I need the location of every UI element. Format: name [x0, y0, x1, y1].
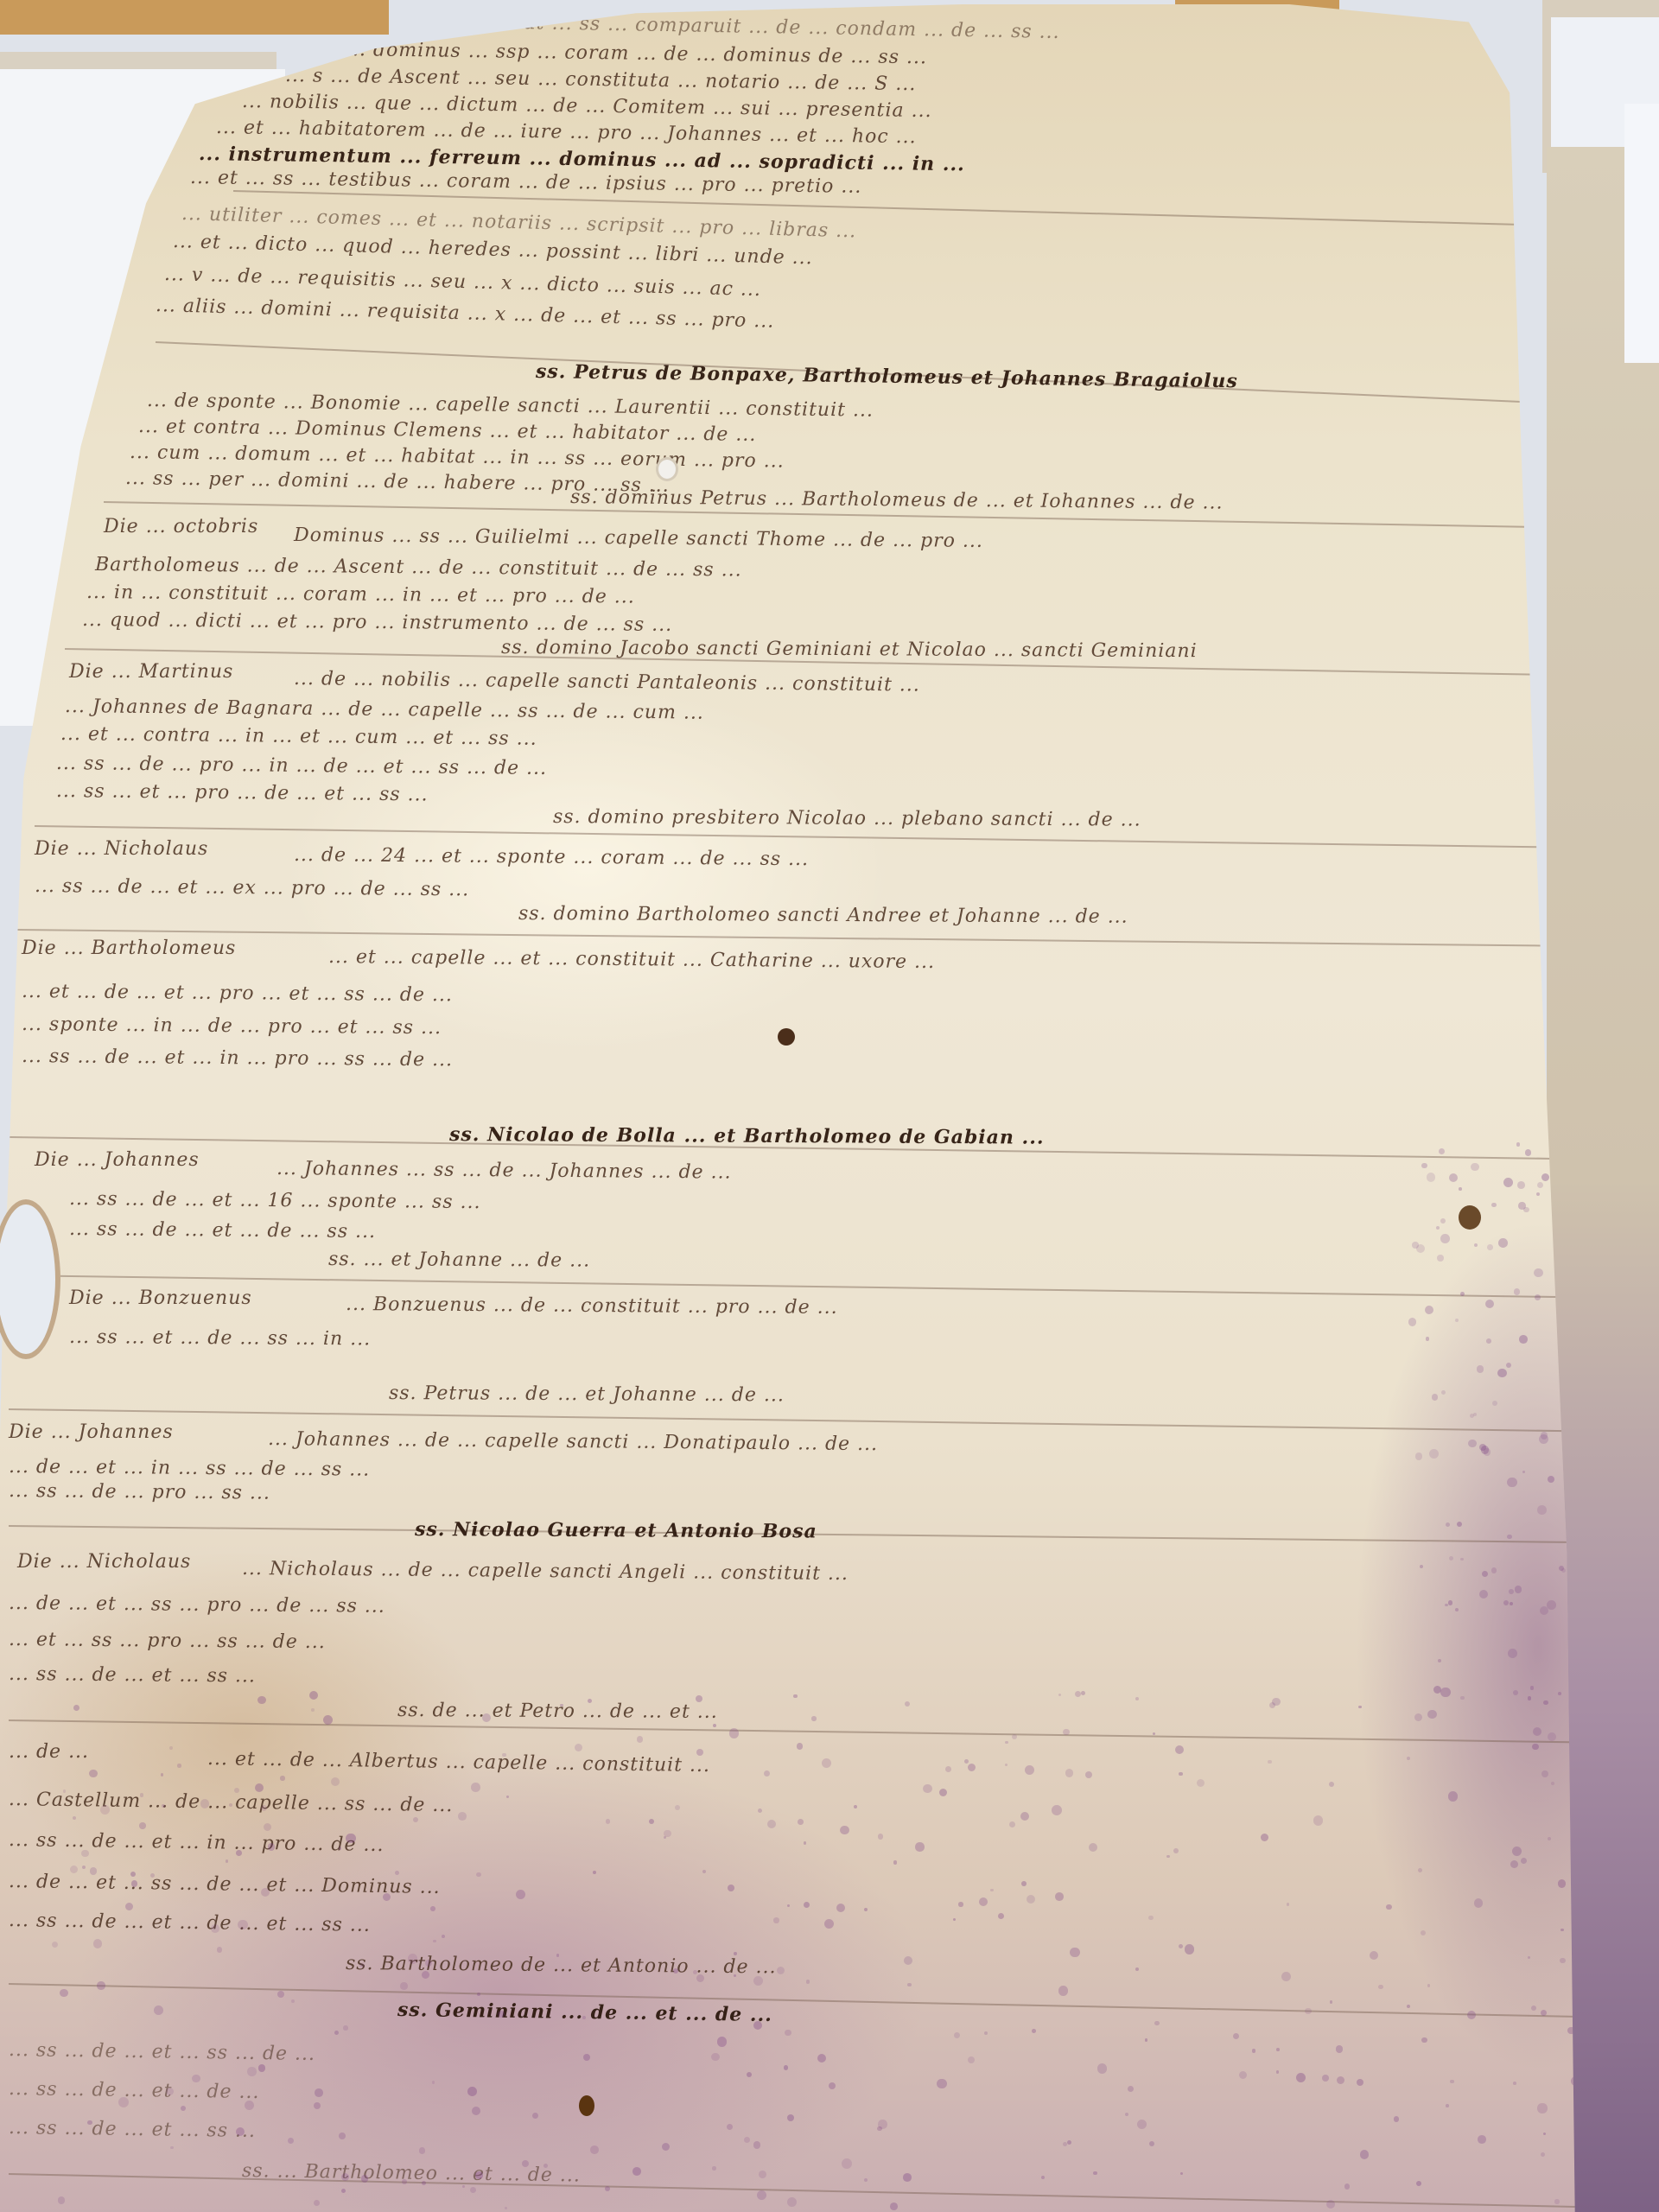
- purple-stain-speck: [1517, 1181, 1525, 1189]
- purple-stain-speck: [422, 1971, 429, 1979]
- purple-stain-speck: [73, 1705, 79, 1711]
- purple-stain-speck: [923, 1784, 932, 1794]
- purple-stain-speck: [958, 1902, 963, 1907]
- purple-stain-speck: [1510, 1602, 1513, 1605]
- purple-stain-speck: [1541, 2152, 1545, 2157]
- purple-stain-speck: [1474, 1898, 1483, 1907]
- purple-stain-speck: [605, 2186, 610, 2191]
- purple-stain-speck: [81, 1850, 89, 1858]
- purple-stain-speck: [1020, 1812, 1029, 1821]
- purple-stain-speck: [1173, 1848, 1179, 1853]
- purple-stain-speck: [1239, 2071, 1247, 2079]
- purple-stain-speck: [1154, 2021, 1159, 2025]
- purple-stain-speck: [1516, 1142, 1520, 1146]
- purple-stain-speck: [1058, 1694, 1061, 1696]
- purple-stain-speck: [1491, 1203, 1496, 1207]
- purple-stain-speck: [747, 2072, 752, 2077]
- purple-stain-speck: [773, 1917, 779, 1923]
- purple-stain-speck: [226, 1859, 229, 1863]
- purple-stain-speck: [1386, 1904, 1391, 1910]
- purple-stain-speck: [1357, 2079, 1363, 2086]
- purple-stain-speck: [522, 2160, 529, 2167]
- purple-stain-speck: [905, 1701, 910, 1707]
- purple-stain-speck: [1560, 1929, 1563, 1931]
- purple-stain-speck: [593, 1871, 596, 1874]
- purple-stain-speck: [1439, 1148, 1445, 1154]
- purple-stain-speck: [1554, 2199, 1559, 2203]
- margin-date: Die ... Martinus: [69, 661, 233, 683]
- purple-stain-speck: [712, 2166, 716, 2171]
- purple-stain-speck: [811, 1716, 817, 1721]
- purple-stain-speck: [744, 2137, 750, 2143]
- purple-stain-speck: [939, 1789, 947, 1796]
- purple-stain-speck: [804, 1841, 807, 1845]
- purple-stain-speck: [1525, 1149, 1532, 1156]
- purple-stain-speck: [422, 2181, 426, 2185]
- purple-stain-speck: [877, 2126, 881, 2131]
- purple-stain-speck: [1432, 1394, 1439, 1401]
- purple-stain-speck: [1145, 2038, 1148, 2042]
- manuscript-line: ... ss ... de ... et ... de ...: [9, 2078, 260, 2103]
- witness-line: ss. domino Jacobo sancti Geminiani et Ni…: [501, 637, 1198, 662]
- purple-stain-speck: [1485, 1300, 1494, 1308]
- purple-stain-speck: [1427, 1173, 1436, 1182]
- purple-stain-speck: [1478, 2135, 1486, 2144]
- purple-stain-speck: [1530, 1686, 1535, 1690]
- purple-stain-speck: [334, 2031, 339, 2035]
- purple-stain-speck: [1548, 1837, 1551, 1840]
- purple-stain-speck: [727, 2124, 733, 2130]
- purple-stain-speck: [211, 1924, 219, 1933]
- manuscript-line: ... et ... capelle ... et ... constituit…: [328, 946, 935, 973]
- manuscript-line: Dominus ... ss ... Guilielmi ... capelle…: [294, 524, 983, 552]
- purple-stain-speck: [1522, 1471, 1525, 1473]
- purple-stain-speck: [787, 1904, 790, 1907]
- purple-stain-speck: [1503, 1600, 1509, 1605]
- purple-stain-speck: [471, 1783, 480, 1792]
- purple-stain-speck: [1441, 1390, 1446, 1395]
- manuscript-line: ... et ... de ... Albertus ... capelle .…: [207, 1748, 710, 1777]
- manuscript-line: ... s ... de Ascent ... seu ... constitu…: [285, 65, 917, 95]
- purple-stain-speck: [200, 1799, 209, 1808]
- purple-stain-speck: [1514, 1288, 1520, 1294]
- purple-stain-speck: [181, 2106, 186, 2111]
- purple-stain-speck: [907, 1983, 911, 1986]
- purple-stain-speck: [1425, 1306, 1433, 1314]
- manuscript-line: ... et ... ss ... pro ... ss ... de ...: [9, 1629, 326, 1653]
- purple-stain-speck: [729, 1728, 740, 1738]
- purple-stain-speck: [1012, 1734, 1018, 1740]
- purple-stain-speck: [131, 1880, 137, 1886]
- purple-stain-speck: [245, 2101, 254, 2110]
- entry-divider: [17, 929, 1555, 947]
- purple-stain-speck: [954, 2032, 960, 2038]
- purple-stain-speck: [343, 2025, 347, 2030]
- ink-blot: [579, 2095, 594, 2116]
- purple-stain-speck: [937, 2079, 946, 2088]
- manuscript-line: ... cum ... domum ... et ... habitat ...…: [130, 442, 785, 473]
- purple-stain-speck: [1507, 1535, 1511, 1539]
- purple-stain-speck: [1429, 1449, 1439, 1459]
- purple-stain-speck: [1543, 1700, 1548, 1706]
- purple-stain-speck: [1508, 1649, 1517, 1658]
- purple-stain-speck: [764, 1770, 770, 1777]
- purple-stain-speck: [1128, 2086, 1134, 2092]
- purple-stain-speck: [759, 2171, 766, 2178]
- purple-stain-speck: [1532, 1744, 1538, 1750]
- purple-stain-speck: [1337, 2076, 1344, 2084]
- purple-stain-speck: [1052, 1805, 1062, 1815]
- purple-stain-speck: [315, 2088, 323, 2097]
- purple-stain-speck: [1513, 1690, 1518, 1695]
- purple-stain-speck: [1407, 1757, 1410, 1760]
- purple-stain-speck: [1268, 1760, 1271, 1764]
- purple-stain-speck: [1548, 1476, 1554, 1483]
- purple-stain-speck: [583, 2054, 590, 2061]
- purple-stain-speck: [1070, 1948, 1079, 1957]
- purple-stain-speck: [1041, 2176, 1045, 2179]
- purple-stain-speck: [277, 1991, 284, 1998]
- purple-stain-speck: [1503, 1178, 1513, 1187]
- purple-stain-speck: [280, 1776, 284, 1780]
- manuscript-line: ... ss ... et ... de ... ss ... in ...: [69, 1326, 371, 1350]
- entry-divider: [9, 1719, 1581, 1743]
- purple-stain-speck: [785, 2030, 791, 2037]
- purple-stain-speck: [1252, 2049, 1256, 2053]
- purple-stain-speck: [1468, 1440, 1476, 1447]
- purple-stain-speck: [758, 1808, 762, 1813]
- purple-stain-speck: [864, 2178, 868, 2182]
- manuscript-line: ... ss ... et ... pro ... de ... et ... …: [56, 780, 429, 806]
- purple-stain-speck: [822, 1758, 831, 1768]
- purple-stain-speck: [63, 1789, 66, 1792]
- purple-stain-speck: [139, 1822, 145, 1828]
- purple-stain-speck: [953, 1918, 957, 1922]
- purple-stain-speck: [664, 1830, 671, 1837]
- purple-stain-speck: [854, 1805, 857, 1808]
- entry-divider: [9, 1408, 1564, 1432]
- purple-stain-speck: [1436, 1226, 1440, 1230]
- purple-stain-speck: [1440, 1234, 1450, 1243]
- purple-stain-speck: [711, 2053, 720, 2062]
- purple-stain-speck: [560, 1704, 563, 1707]
- purple-stain-speck: [1322, 2075, 1329, 2082]
- purple-stain-speck: [236, 1850, 242, 1856]
- purple-stain-speck: [728, 1885, 734, 1891]
- witness-line: ss. ... Bartholomeo ... et ... de ...: [242, 2160, 581, 2186]
- purple-stain-speck: [130, 1872, 136, 1877]
- purple-stain-speck: [798, 1819, 804, 1825]
- manuscript-line: ... ss ... de ... pro ... ss ...: [9, 1480, 270, 1504]
- purple-stain-speck: [556, 1954, 560, 1957]
- purple-stain-speck: [1420, 1565, 1423, 1568]
- purple-stain-speck: [787, 2197, 797, 2207]
- purple-stain-speck: [1089, 1843, 1097, 1852]
- purple-stain-speck: [1486, 1338, 1491, 1344]
- manuscript-line: ... de ... et ... ss ... pro ... de ... …: [9, 1592, 385, 1618]
- purple-stain-speck: [442, 1935, 445, 1938]
- purple-stain-speck: [268, 1843, 276, 1851]
- purple-stain-speck: [430, 1906, 435, 1911]
- purple-stain-speck: [1540, 1606, 1548, 1615]
- manuscript-line: ... ss ... de ... et ... ex ... pro ... …: [35, 875, 469, 900]
- manuscript-line: ... de ... 24 ... et ... sponte ... cora…: [294, 844, 809, 870]
- purple-stain-speck: [1135, 1967, 1139, 1971]
- margin-date: Die ... Bartholomeus: [22, 938, 236, 959]
- purple-stain-speck: [1541, 1770, 1548, 1777]
- purple-stain-speck: [506, 1796, 509, 1798]
- purple-stain-speck: [1479, 1590, 1488, 1599]
- witness-line: ss. de ... et Petro ... de ... et ...: [397, 1700, 718, 1723]
- purple-stain-speck: [498, 2011, 505, 2018]
- purple-stain-speck: [482, 1713, 491, 1722]
- purple-stain-speck: [1032, 2029, 1036, 2033]
- purple-stain-speck: [1180, 2172, 1183, 2175]
- manuscript-line: ... de ... et ... in ... ss ... de ... s…: [9, 1456, 370, 1481]
- purple-stain-speck: [339, 2133, 346, 2139]
- purple-stain-speck: [1510, 1860, 1518, 1868]
- purple-stain-speck: [1533, 1727, 1541, 1736]
- purple-stain-speck: [842, 2158, 852, 2169]
- purple-stain-speck: [1330, 2000, 1332, 2003]
- purple-stain-speck: [1427, 1710, 1437, 1719]
- purple-stain-speck: [331, 1777, 340, 1786]
- purple-stain-speck: [1513, 2082, 1516, 2085]
- manuscript-line: ... in ... constituit ... coram ... in .…: [86, 582, 635, 608]
- purple-stain-speck: [1448, 1600, 1452, 1605]
- purple-stain-speck: [311, 1708, 315, 1712]
- purple-stain-speck: [169, 1746, 174, 1751]
- purple-stain-speck: [575, 1744, 582, 1751]
- purple-stain-speck: [1394, 2116, 1399, 2121]
- purple-stain-speck: [717, 2037, 728, 2047]
- witness-line: ss. domino Bartholomeo sancti Andree et …: [518, 903, 1128, 928]
- purple-stain-speck: [291, 1999, 295, 2003]
- purple-stain-speck: [1537, 1505, 1547, 1515]
- purple-stain-speck: [1481, 1446, 1489, 1453]
- purple-stain-speck: [1558, 1879, 1566, 1887]
- purple-stain-speck: [90, 1867, 97, 1874]
- purple-stain-speck: [89, 1770, 97, 1777]
- purple-stain-speck: [1548, 1732, 1556, 1741]
- purple-stain-speck: [637, 1736, 644, 1743]
- purple-stain-speck: [1477, 1365, 1484, 1372]
- purple-stain-speck: [1446, 2104, 1449, 2107]
- purple-stain-speck: [1471, 1163, 1478, 1171]
- purple-stain-speck: [1455, 1319, 1459, 1322]
- purple-stain-speck: [1519, 1335, 1528, 1344]
- purple-stain-speck: [192, 2075, 200, 2083]
- purple-stain-speck: [713, 1724, 716, 1727]
- purple-stain-speck: [1081, 1691, 1085, 1695]
- purple-stain-speck: [229, 1803, 232, 1807]
- purple-stain-speck: [341, 2189, 346, 2193]
- purple-stain-speck: [649, 1819, 654, 1824]
- purple-stain-speck: [1067, 2140, 1071, 2145]
- purple-stain-speck: [904, 1956, 912, 1965]
- purple-stain-speck: [1467, 2011, 1476, 2019]
- purple-stain-speck: [632, 2167, 641, 2176]
- purple-stain-speck: [1287, 1903, 1290, 1906]
- purple-stain-speck: [1440, 1218, 1446, 1224]
- purple-stain-speck: [1418, 1868, 1422, 1872]
- purple-stain-speck: [1487, 1244, 1493, 1250]
- purple-stain-speck: [1531, 2005, 1536, 2011]
- purple-stain-speck: [361, 2175, 368, 2182]
- margin-date: ... de ...: [9, 1741, 89, 1763]
- purple-stain-speck: [467, 2087, 477, 2096]
- witness-line: ss. dominus Petrus ... Bartholomeus de .…: [570, 486, 1224, 514]
- purple-stain-speck: [903, 2173, 912, 2182]
- manuscript-line: ... ss ... de ... et ... ss ... de ...: [9, 2039, 315, 2065]
- purple-stain-speck: [288, 2138, 294, 2144]
- purple-stain-speck: [829, 2082, 836, 2089]
- purple-stain-speck: [1449, 1173, 1458, 1182]
- purple-stain-speck: [1482, 1571, 1488, 1577]
- purple-stain-speck: [1027, 1895, 1036, 1904]
- manuscript-line: ... et ... de ... et ... pro ... et ... …: [22, 981, 453, 1006]
- purple-stain-speck: [1497, 1369, 1506, 1377]
- purple-stain-speck: [806, 1980, 810, 1983]
- purple-stain-speck: [419, 2147, 425, 2153]
- manuscript-line: ss. Geminiani ... de ... et ... de ...: [397, 1999, 772, 2026]
- purple-stain-speck: [1473, 1413, 1477, 1416]
- purple-stain-speck: [1534, 1268, 1542, 1277]
- purple-stain-speck: [505, 2207, 507, 2209]
- purple-stain-speck: [1507, 1478, 1517, 1488]
- purple-stain-speck: [1512, 1847, 1522, 1856]
- purple-stain-speck: [516, 1890, 525, 1899]
- manuscript-line: ... ss ... de ... et ... ss ...: [9, 2117, 256, 2142]
- purple-stain-speck: [784, 2065, 788, 2069]
- purple-stain-speck: [753, 2021, 762, 2030]
- purple-stain-speck: [979, 1897, 988, 1906]
- purple-stain-speck: [1427, 1984, 1431, 1987]
- witness-line: ss. Nicolao de Bolla ... et Bartholomeo …: [449, 1123, 1045, 1149]
- purple-stain-speck: [1459, 1187, 1462, 1191]
- margin-date: Die ... Nicholaus: [35, 838, 208, 860]
- purple-stain-speck: [433, 1940, 436, 1943]
- purple-stain-speck: [984, 2031, 988, 2035]
- purple-stain-speck: [408, 1954, 418, 1964]
- manuscript-line: ... sponte ... in ... de ... pro ... et …: [22, 1014, 442, 1039]
- purple-stain-speck: [1416, 2181, 1421, 2186]
- margin-date: Die ... Nicholaus: [17, 1551, 191, 1573]
- purple-stain-speck: [804, 1902, 810, 1908]
- manuscript-line: ... dominus ... ssp ... coram ... de ...…: [346, 39, 927, 68]
- parchment-leaf: ... sicut ... ss ... comparuit ... de ..…: [0, 4, 1616, 2212]
- purple-stain-speck: [675, 1805, 681, 1811]
- purple-stain-speck: [1063, 1729, 1069, 1735]
- purple-stain-speck: [314, 2200, 320, 2206]
- purple-stain-speck: [346, 1834, 355, 1843]
- purple-stain-speck: [1166, 1855, 1169, 1858]
- purple-stain-speck: [60, 1989, 68, 1998]
- purple-stain-speck: [734, 1952, 737, 1955]
- adjacent-white-sheet: [1624, 104, 1659, 363]
- witness-line: ss. Nicolao Guerra et Antonio Bosa: [415, 1518, 817, 1542]
- purple-stain-speck: [702, 1870, 706, 1873]
- purple-stain-speck: [1541, 1173, 1549, 1181]
- purple-stain-speck: [1097, 2063, 1107, 2073]
- purple-stain-speck: [1536, 1192, 1540, 1196]
- purple-stain-speck: [590, 2145, 599, 2154]
- purple-stain-speck: [1498, 1238, 1508, 1248]
- purple-stain-speck: [1446, 1522, 1450, 1527]
- purple-stain-speck: [383, 1893, 391, 1901]
- purple-stain-speck: [1455, 1608, 1459, 1611]
- purple-stain-speck: [673, 1968, 678, 1974]
- purple-stain-speck: [1336, 2045, 1344, 2053]
- purple-stain-speck: [1360, 2150, 1369, 2158]
- manuscript-line: ... ss ... de ... et ... de ... et ... s…: [9, 1910, 371, 1936]
- manuscript-line: ... ss ... de ... et ... in ... pro ... …: [22, 1046, 453, 1071]
- manuscript-line: ... Johannes ... ss ... de ... Johannes …: [276, 1158, 732, 1184]
- purple-stain-speck: [1313, 1815, 1323, 1825]
- purple-stain-speck: [836, 1904, 845, 1912]
- wooden-table-edge: [0, 0, 389, 35]
- purple-stain-speck: [1185, 1944, 1195, 1955]
- purple-stain-speck: [1276, 2048, 1280, 2051]
- purple-stain-speck: [1065, 1769, 1073, 1777]
- ink-blot: [1459, 1205, 1481, 1230]
- purple-stain-speck: [73, 1816, 76, 1820]
- purple-stain-speck: [125, 1903, 133, 1910]
- purple-stain-speck: [1551, 1782, 1554, 1785]
- purple-stain-speck: [1506, 1363, 1511, 1368]
- purple-stain-speck: [472, 2107, 480, 2115]
- manuscript-line: ... Johannes de Bagnara ... de ... capel…: [65, 696, 704, 724]
- purple-stain-speck: [878, 1834, 883, 1839]
- purple-stain-speck: [1233, 2033, 1239, 2039]
- purple-stain-speck: [945, 1766, 951, 1772]
- manuscript-line: ... Johannes ... de ... capelle sancti .…: [268, 1428, 878, 1455]
- purple-stain-speck: [1175, 1745, 1184, 1754]
- purple-stain-speck: [1521, 1858, 1527, 1864]
- purple-stain-speck: [1448, 1791, 1458, 1801]
- manuscript-line: ... et contra ... Dominus Clemens ... et…: [138, 416, 757, 446]
- photo-scene: ... sicut ... ss ... comparuit ... de ..…: [0, 0, 1659, 2212]
- purple-stain-speck: [100, 1805, 110, 1815]
- purple-stain-speck: [1408, 1318, 1416, 1325]
- purple-stain-speck: [161, 1773, 164, 1777]
- purple-stain-speck: [1421, 2037, 1427, 2043]
- purple-stain-speck: [1179, 1944, 1183, 1948]
- purple-stain-speck: [1149, 2141, 1154, 2146]
- purple-stain-speck: [177, 1764, 181, 1767]
- manuscript-line: ... ss ... de ... et ... 16 ... sponte .…: [69, 1188, 481, 1213]
- purple-stain-speck: [309, 1691, 319, 1700]
- purple-stain-speck: [458, 1812, 467, 1821]
- purple-stain-speck: [777, 1967, 785, 1974]
- manuscript-line: ... ss ... de ... et ... ss ...: [9, 1663, 256, 1687]
- margin-date: Die ... Bonzuenus: [69, 1287, 252, 1309]
- purple-stain-speck: [82, 1866, 86, 1869]
- purple-stain-speck: [1491, 1567, 1497, 1573]
- purple-stain-speck: [400, 1982, 407, 1989]
- manuscript-line: ... et ... habitatorem ... de ... iure .…: [216, 117, 917, 148]
- purple-stain-speck: [864, 1908, 868, 1911]
- purple-stain-speck: [1558, 1692, 1561, 1695]
- purple-stain-speck: [1543, 2133, 1546, 2135]
- purple-stain-speck: [1093, 2171, 1097, 2176]
- purple-stain-speck: [217, 1947, 223, 1953]
- manuscript-line: ... aliis ... domini ... requisita ... x…: [156, 295, 775, 333]
- purple-stain-speck: [1515, 1586, 1522, 1593]
- purple-stain-speck: [58, 2196, 66, 2204]
- purple-stain-speck: [767, 1820, 776, 1828]
- manuscript-line: ... Bonzuenus ... de ... constituit ... …: [346, 1294, 838, 1319]
